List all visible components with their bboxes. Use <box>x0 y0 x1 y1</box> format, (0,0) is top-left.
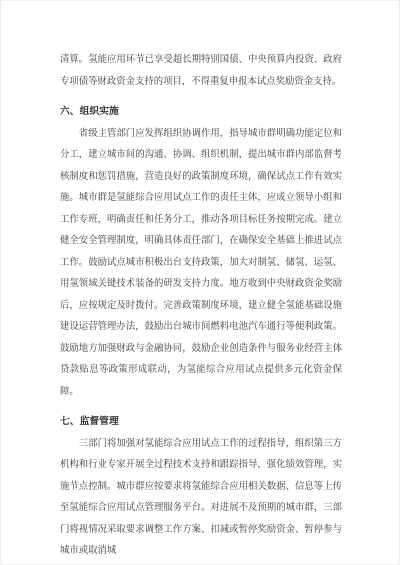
document-page: 清算。氢能应用环节已享受超长期特别国债、中央预算内投资、政府专项债等财政资金支持… <box>0 0 400 565</box>
section-heading-6-organization-implementation: 六、组织实施 <box>60 101 342 123</box>
paragraph-section-7-body-truncated: 三部门将加强对氢能综合应用试点工作的过程指导，组织第三方机构和行业专家开展全过程… <box>60 433 342 562</box>
paragraph-section-6-body: 省级主管部门应发挥组织协调作用，指导城市群明确功能定位和分工，建立城市间的沟通、… <box>60 123 342 403</box>
document-body: 清算。氢能应用环节已享受超长期特别国债、中央预算内投资、政府专项债等财政资金支持… <box>60 49 342 562</box>
paragraph-continuation-top: 清算。氢能应用环节已享受超长期特别国债、中央预算内投资、政府专项债等财政资金支持… <box>60 49 342 92</box>
section-heading-7-supervision-management: 七、监督管理 <box>60 411 342 433</box>
